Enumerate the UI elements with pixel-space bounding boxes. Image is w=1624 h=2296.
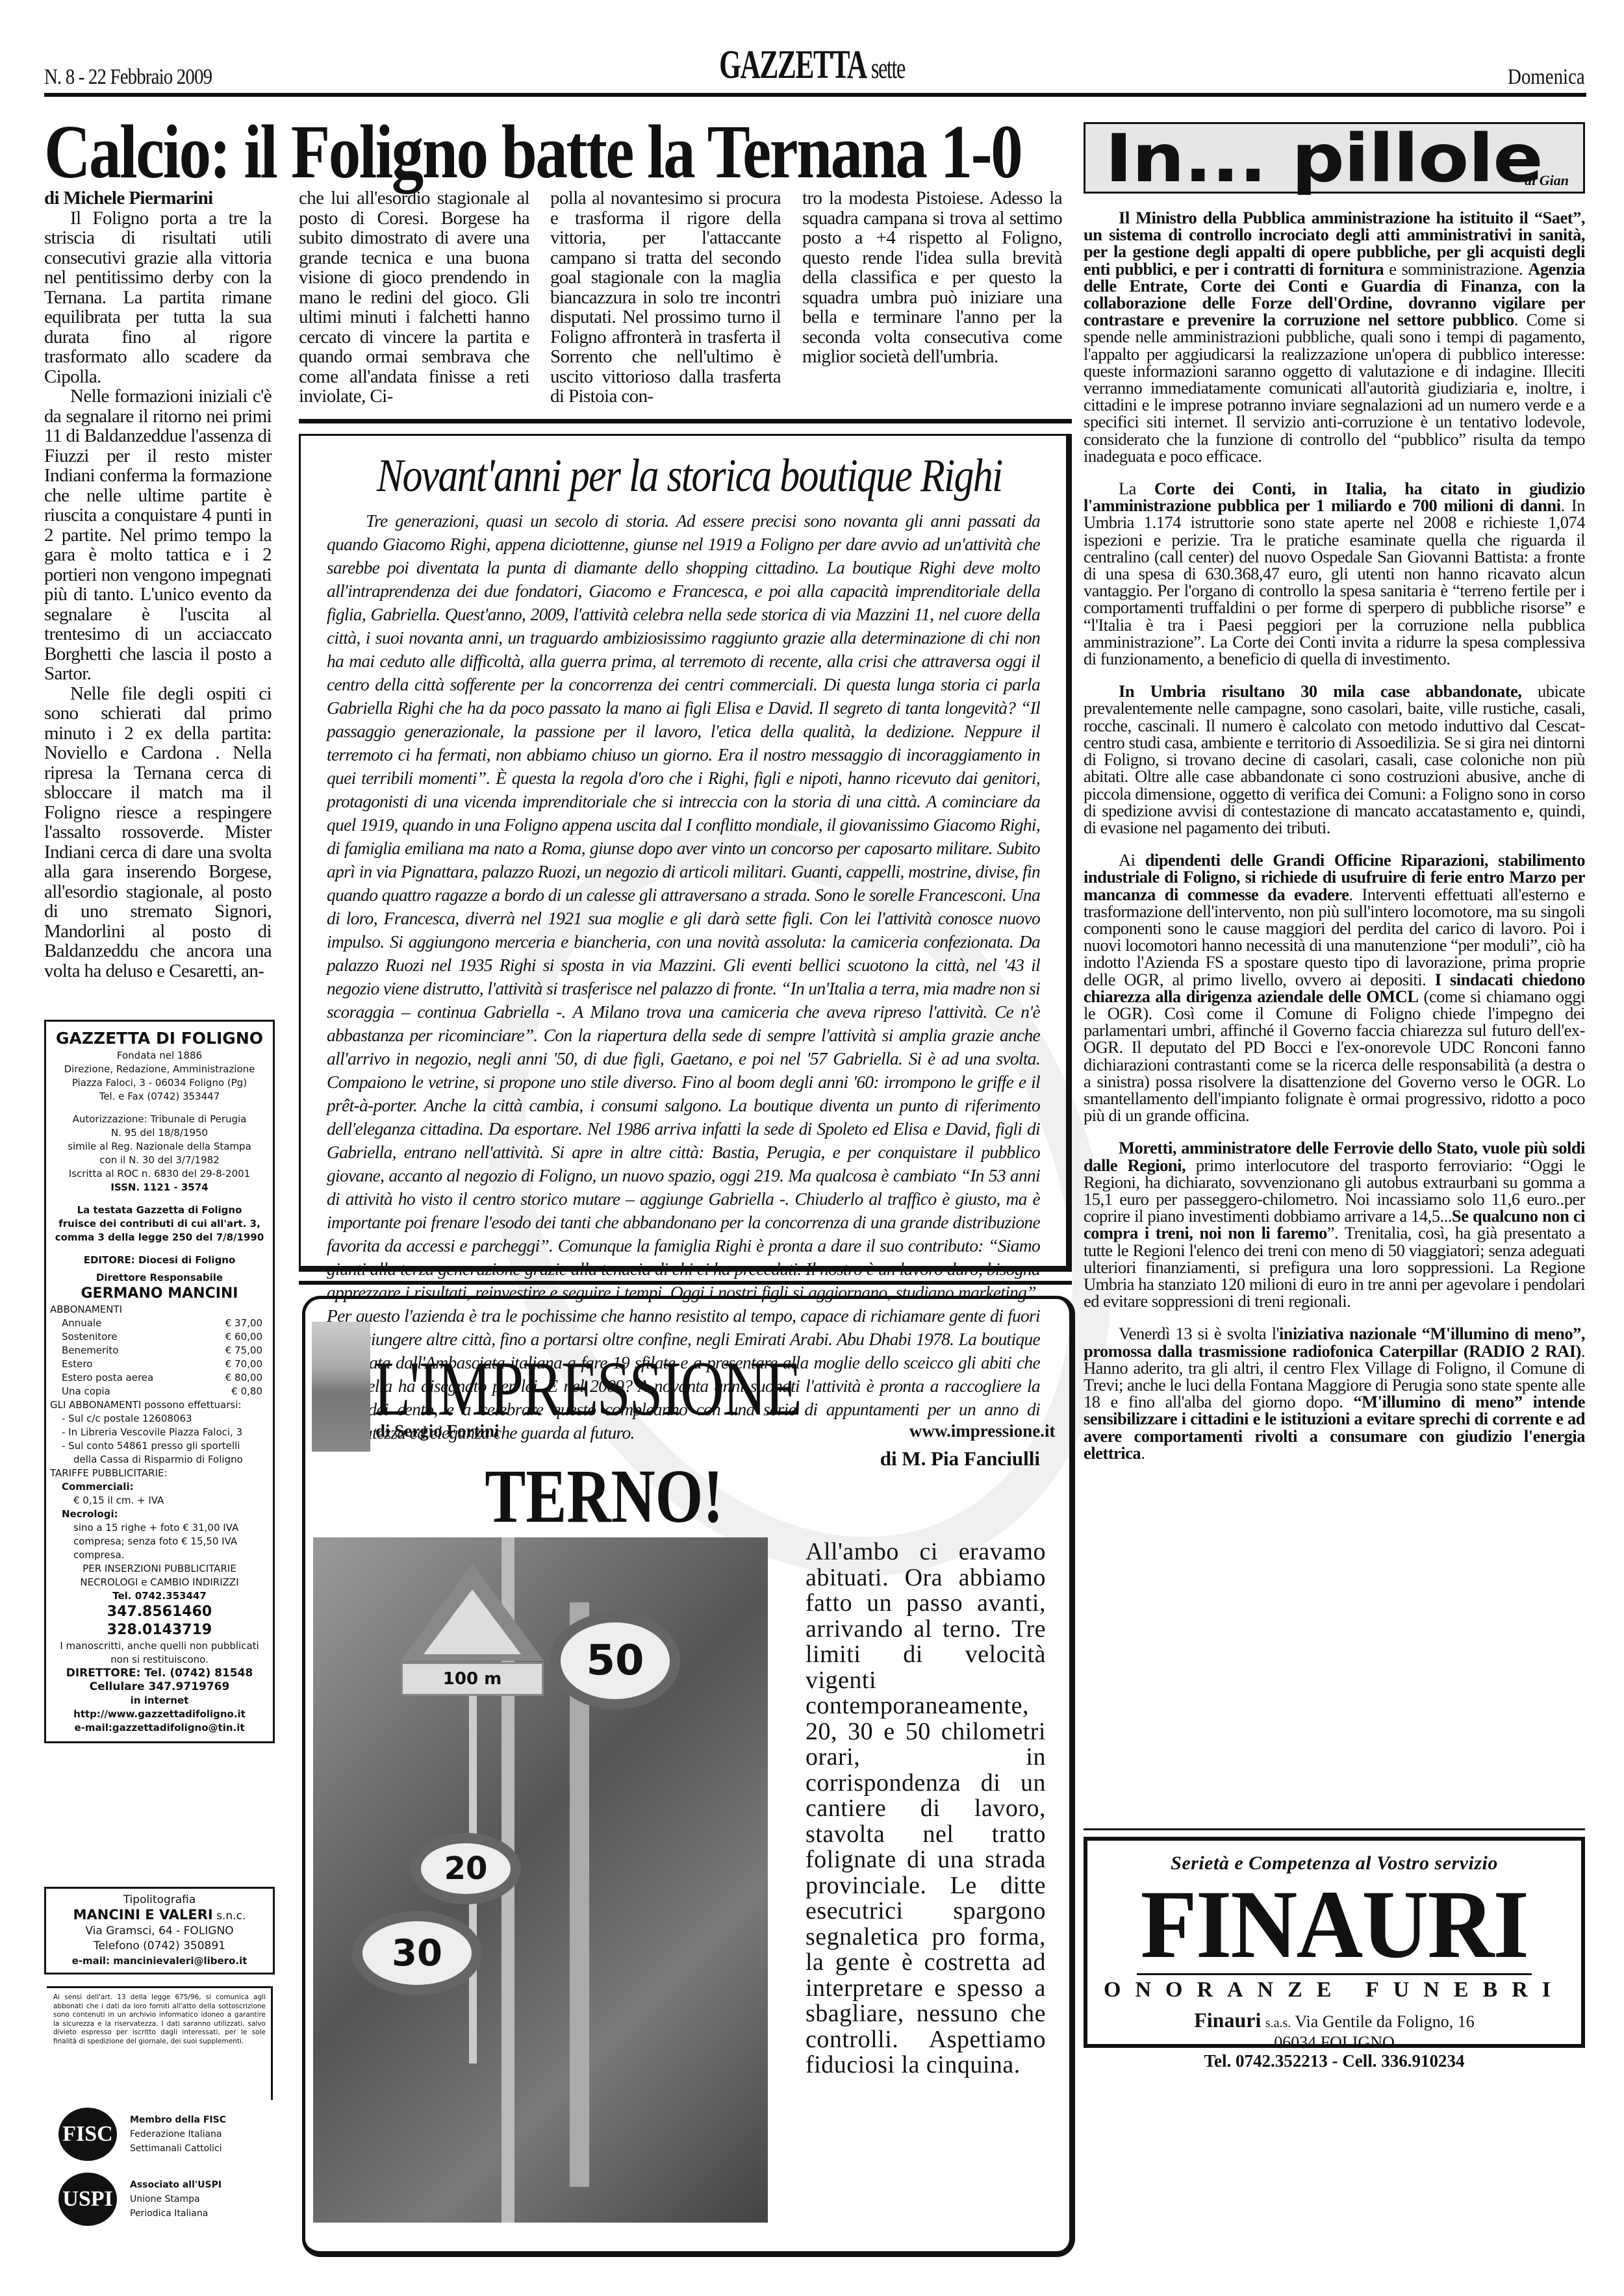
speed-limit-sign-50: 50 [550,1612,680,1709]
pillola-text: . [1141,1443,1145,1463]
sub-label: Annuale [62,1317,101,1330]
article-paragraph: che lui all'esordio stagionale al posto … [299,188,529,407]
assoc-line: Federazione Italiana [130,2127,226,2141]
mast-phone: 347.8561460 [50,1603,269,1621]
tariffe-commerciali: € 0,15 il cm. + IVA [50,1494,269,1508]
ad-company: Finauri [1194,2008,1261,2032]
article-column-3: polla al novantesimo si procura e trasfo… [550,188,781,407]
pillole-header-box: In... pillole di Gian [1084,122,1585,194]
mast-direttore: GERMANO MANCINI [50,1285,269,1303]
section-divider [1084,1828,1585,1830]
pillola-lead: Corte dei Conti, in Italia, ha citato in… [1084,479,1585,515]
fisc-logo-icon: FISC [58,2108,117,2161]
mast-phone: Tel. 0742.353447 [50,1589,269,1603]
mast-address: Piazza Faloci, 3 - 06034 Foligno (Pg) [50,1076,269,1090]
mast-inserzioni: PER INSERZIONI PUBBLICITARIE [50,1562,269,1576]
ad-subtitle: ONORANZE FUNEBRI [1087,1978,1581,2002]
article-column-2: che lui all'esordio stagionale al posto … [299,188,529,407]
payment-line: - Sul conto 54861 presso gli sportelli [50,1439,269,1453]
header-divider [44,93,1586,97]
masthead-title: GAZZETTA [719,43,865,87]
pillole-title: In... pillole [1105,120,1543,197]
mast-direttore-tel: DIRETTORE: Tel. (0742) 81548 [50,1667,269,1680]
mast-auth-line: N. 95 del 18/8/1950 [50,1126,269,1140]
ad-brand-logo: FINAURI [1137,1876,1532,1975]
assoc-line: Unione Stampa [130,2192,222,2206]
mast-auth-line: con il N. 30 del 3/7/1982 [50,1154,269,1167]
finauri-advertisement: Serietà e Competenza al Vostro servizio … [1084,1837,1585,2048]
payment-line: - In Libreria Vescovile Piazza Faloci, 3 [50,1426,269,1439]
mast-telfax: Tel. e Fax (0742) 353447 [50,1090,269,1104]
mast-founded: Fondata nel 1886 [50,1049,269,1063]
assoc-title: Associato all'USPI [130,2178,222,2192]
payment-line: - Sul c/c postale 12608063 [50,1412,269,1426]
sub-price: € 70,00 [225,1357,262,1371]
pillole-column: Il Ministro della Pubblica amministrazio… [1084,209,1585,1477]
article-paragraph: Il Foligno porta a tre la striscia di ri… [44,208,272,387]
mast-office: Direzione, Redazione, Amministrazione [50,1063,269,1076]
privacy-note: Ai sensi dell'art. 13 della legge 675/96… [47,1986,273,2100]
mast-payment-label: GLI ABBONAMENTI possono effettuarsi: [50,1398,269,1412]
pillola-text: (come si chiamano oggi le OGR). Così com… [1084,987,1585,1125]
mast-issn: ISSN. 1121 - 3574 [50,1181,269,1194]
distance-plate: 100 m [401,1662,544,1696]
pillola-item: Ai dipendenti delle Grandi Officine Ripa… [1084,852,1585,1124]
article-paragraph: Nelle file degli ospiti ci sono schierat… [44,684,272,981]
mast-cellulare: Cellulare 347.9719769 [50,1680,269,1694]
uspi-logo-icon: USPI [58,2173,117,2226]
pillole-byline: di Gian [1525,172,1569,189]
impressione-title: L'IMPRESSIONE [374,1350,916,1428]
mast-abbonamenti-label: ABBONAMENTI [50,1303,269,1317]
mast-phone: 328.0143719 [50,1621,269,1639]
impressione-website: www.impressione.it [909,1421,1056,1441]
printer-suffix: s.n.c. [216,1910,246,1923]
tariffe-necrologi: sino a 15 righe + foto € 31,00 IVA [50,1521,269,1535]
printer-address: Via Gramsci, 64 - FOLIGNO [50,1924,269,1939]
mast-tariffe-label: TARIFFE PUBBLICITARIE: [50,1467,269,1480]
righi-title: Novant'anni per la storica boutique Righ… [377,449,990,503]
mast-website-link[interactable]: http://www.gazzettadifoligno.it [50,1708,269,1721]
sub-price: € 37,00 [225,1317,262,1330]
ad-company-suffix: s.a.s. [1265,2016,1291,2030]
sub-price: € 75,00 [225,1344,262,1357]
tariffe-necrologi-label: Necrologi: [50,1508,269,1521]
printer-email[interactable]: e-mail: mancinievaleri@libero.it [50,1954,269,1969]
uspi-membership: USPI Associato all'USPI Unione Stampa Pe… [58,2173,273,2226]
article-column-1: di Michele Piermarini Il Foligno porta a… [44,188,272,981]
main-headline: Calcio: il Foligno batte la Ternana 1-0 [44,114,1021,190]
printer-box: Tipolitografia MANCINI E VALERI s.n.c. V… [44,1887,275,1974]
masthead-info-box: GAZZETTA DI FOLIGNO Fondata nel 1886 Dir… [44,1020,275,1743]
assoc-line: Periodica Italiana [130,2206,222,2221]
mast-direttore-label: Direttore Responsabile [50,1271,269,1285]
issue-day: Domenica [1508,65,1585,90]
speed-limit-sign-30: 30 [352,1911,482,1995]
newspaper-masthead: GAZZETTA sette [698,42,926,88]
tariffe-necrologi: compresa; senza foto € 15,50 IVA [50,1535,269,1548]
mast-editore: EDITORE: Diocesi di Foligno [50,1254,269,1267]
pillola-item: Il Ministro della Pubblica amministrazio… [1084,209,1585,464]
impressione-author: di Sergio Fortini [375,1421,500,1441]
mast-auth-line: Autorizzazione: Tribunale di Perugia [50,1113,269,1126]
article-paragraph: polla al novantesimo si procura e trasfo… [550,188,781,407]
mast-manoscritti: non si restituiscono. [50,1653,269,1667]
assoc-line: Settimanali Cattolici [130,2141,226,2156]
impressione-body: All'ambo ci eravamo abituati. Ora abbiam… [806,1539,1046,2078]
sub-price: € 0,80 [231,1385,262,1398]
fisc-membership: FISC Membro della FISC Federazione Itali… [58,2108,273,2161]
article-paragraph: tro la modesta Pistoiese. Adesso la squa… [802,188,1062,367]
speed-limit-sign-20: 20 [411,1833,521,1904]
ad-address-line: Finauri s.a.s. Via Gentile da Foligno, 1… [1087,2012,1581,2032]
author-photo [312,1322,370,1452]
pillola-text: . Come si spende nelle amministrazioni p… [1084,310,1585,466]
article-paragraph: Nelle formazioni iniziali c'è da segnala… [44,386,272,684]
sub-label: Estero [62,1357,92,1371]
payment-line: della Cassa di Risparmio di Foligno [50,1453,269,1467]
sub-label: Benemerito [62,1344,119,1357]
mast-auth-line: Iscritta al ROC n. 6830 del 29-8-2001 [50,1167,269,1181]
printer-name: MANCINI E VALERI [73,1907,213,1923]
mast-internet-label: in internet [50,1694,269,1708]
issue-date: N. 8 - 22 Febbraio 2009 [44,65,212,90]
pillola-item: La Corte dei Conti, in Italia, ha citato… [1084,480,1585,667]
assoc-title: Membro della FISC [130,2113,226,2127]
pillola-item: Moretti, amministratore delle Ferrovie d… [1084,1139,1585,1309]
mast-title: GAZZETTA DI FOLIGNO [50,1028,269,1049]
mast-inserzioni: NECROLOGI e CAMBIO INDIRIZZI [50,1576,269,1589]
mast-contrib-line: La testata Gazzetta di Foligno [50,1204,269,1217]
ad-city: 06034 FOLIGNO [1087,2034,1581,2051]
roundabout-sign-inner [424,1589,521,1654]
impressione-headline: TERNO! [453,1458,755,1535]
section-divider [299,1281,1072,1285]
ad-address: Via Gentile da Foligno, 16 [1295,2012,1474,2031]
mast-auth-line: simile al Reg. Nazionale della Stampa [50,1140,269,1154]
sub-label: Una copia [62,1385,110,1398]
mast-email-link[interactable]: e-mail:gazzettadifoligno@tin.it [50,1721,269,1735]
tariffe-necrologi: compresa. [50,1548,269,1562]
article-byline: di Michele Piermarini [44,188,272,208]
pillola-text: . In Umbria 1.174 istruttorie sono state… [1084,496,1585,668]
section-divider [299,419,1072,423]
tariffe-commerciali-label: Commerciali: [50,1480,269,1494]
pillola-text: ubicate prevalentemente nelle campagne, … [1084,681,1585,837]
pillola-item: In Umbria risultano 30 mila case abbando… [1084,683,1585,836]
righi-article-box: Novant'anni per la storica boutique Righ… [299,434,1072,1272]
mast-manoscritti: I manoscritti, anche quelli non pubblica… [50,1639,269,1653]
sub-price: € 60,00 [225,1330,262,1344]
mast-contrib-line: fruisce dei contributi di cui all'art. 3… [50,1217,269,1231]
pillola-item: Venerdì 13 si è svolta l'iniziativa nazi… [1084,1325,1585,1461]
mast-contrib-line: comma 3 della legge 250 del 7/8/1990 [50,1231,269,1244]
printer-label: Tipolitografia [50,1893,269,1908]
sub-price: € 80,00 [225,1371,262,1385]
printer-phone: Telefono (0742) 350891 [50,1939,269,1954]
road-signs-photo: 100 m 50 20 30 [313,1537,768,2223]
masthead-subtitle: sette [871,51,905,84]
article-column-4: tro la modesta Pistoiese. Adesso la squa… [802,188,1062,367]
sub-label: Sostenitore [62,1330,117,1344]
sub-label: Estero posta aerea [62,1371,153,1385]
ad-phones: Tel. 0742.352213 - Cell. 336.910234 [1087,2051,1581,2071]
